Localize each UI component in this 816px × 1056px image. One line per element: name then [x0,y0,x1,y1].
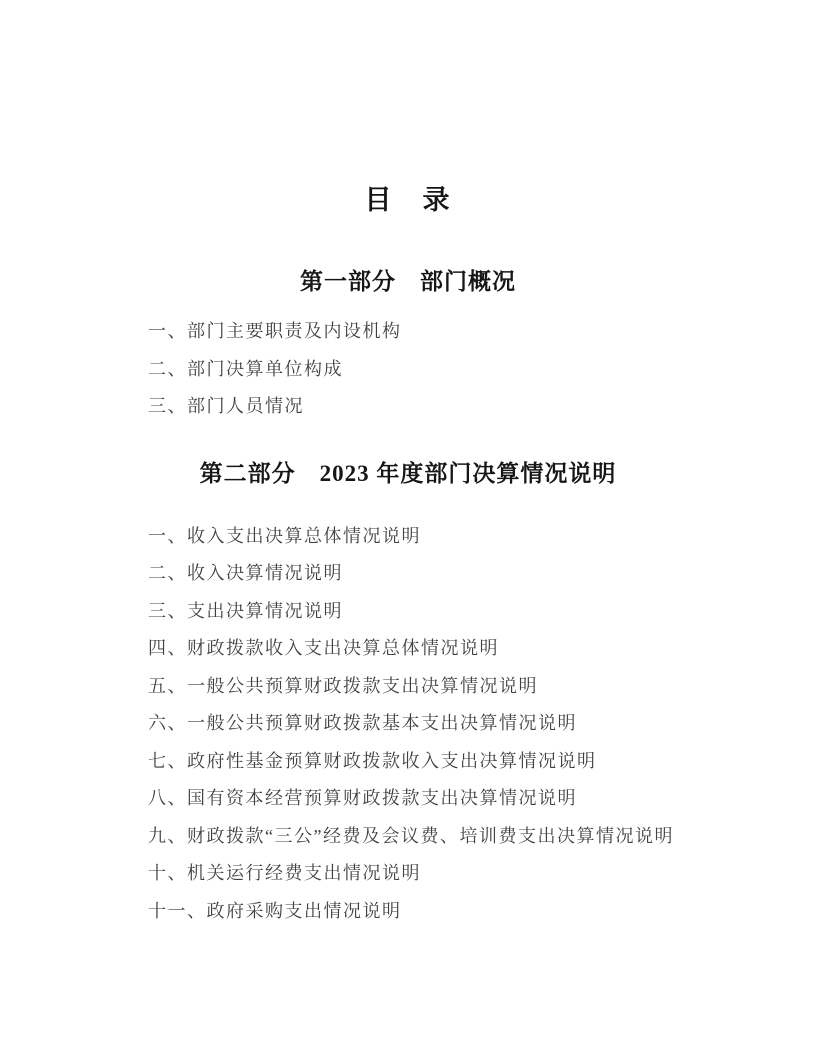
toc-item: 三、支出决算情况说明 [0,593,816,631]
toc-item: 十、机关运行经费支出情况说明 [0,855,816,893]
toc-item: 八、国有资本经营预算财政拨款支出决算情况说明 [0,780,816,818]
document-page: 目 录 第一部分 部门概况一、部门主要职责及内设机构二、部门决算单位构成三、部门… [0,0,816,1056]
toc-item: 二、部门决算单位构成 [0,351,816,389]
toc-item: 七、政府性基金预算财政拨款收入支出决算情况说明 [0,743,816,781]
toc-item: 一、收入支出决算总体情况说明 [0,518,816,556]
toc-item: 十一、政府采购支出情况说明 [0,893,816,931]
toc-section-1: 第一部分 部门概况一、部门主要职责及内设机构二、部门决算单位构成三、部门人员情况 [0,267,816,426]
toc-item: 三、部门人员情况 [0,388,816,426]
section-heading: 第二部分 2023 年度部门决算情况说明 [0,459,816,489]
toc-item: 九、财政拨款“三公”经费及会议费、培训费支出决算情况说明 [0,818,816,856]
toc-item: 六、一般公共预算财政拨款基本支出决算情况说明 [0,705,816,743]
toc-item: 二、收入决算情况说明 [0,555,816,593]
toc-sections: 第一部分 部门概况一、部门主要职责及内设机构二、部门决算单位构成三、部门人员情况… [0,267,816,930]
section-heading: 第一部分 部门概况 [0,267,816,297]
toc-item: 一、部门主要职责及内设机构 [0,313,816,351]
toc-item: 四、财政拨款收入支出决算总体情况说明 [0,630,816,668]
toc-section-2: 第二部分 2023 年度部门决算情况说明一、收入支出决算总体情况说明二、收入决算… [0,459,816,931]
toc-item: 五、一般公共预算财政拨款支出决算情况说明 [0,668,816,706]
toc-list: 一、收入支出决算总体情况说明二、收入决算情况说明三、支出决算情况说明四、财政拨款… [0,518,816,931]
toc-list: 一、部门主要职责及内设机构二、部门决算单位构成三、部门人员情况 [0,313,816,426]
toc-title: 目 录 [0,186,816,214]
